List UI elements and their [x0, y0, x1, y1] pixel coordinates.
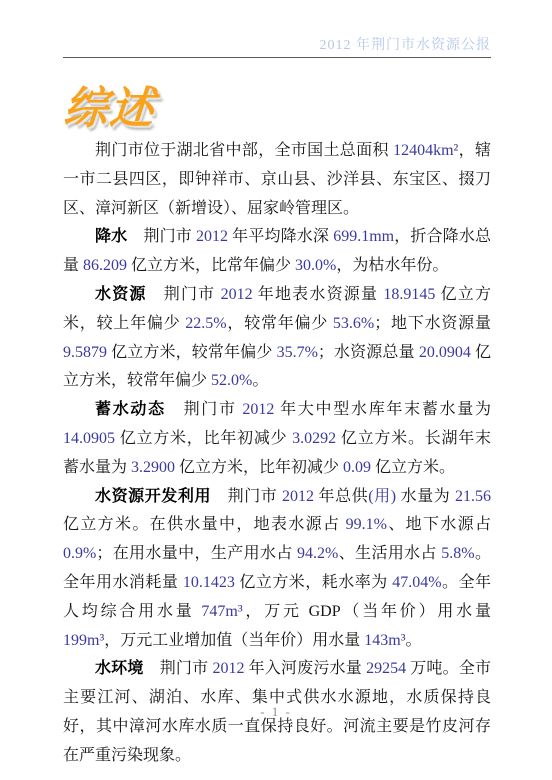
body-text: 荆门市 — [144, 660, 213, 677]
data-value: 2012 — [196, 228, 228, 245]
data-value: 12404km² — [393, 142, 458, 159]
body-text: 荆门市位于湖北省中部，全市国土总面积 — [95, 142, 393, 159]
document-body: 荆门市位于湖北省中部，全市国土总面积 12404km²，辖一市二县四区，即钟祥市… — [63, 137, 491, 771]
data-value: 14.0905 — [63, 430, 115, 447]
data-value: 18.9145 — [383, 286, 435, 303]
header-title: 2012 年荆门市水资源公报 — [320, 38, 492, 53]
data-value: 47.04% — [392, 574, 441, 591]
data-value: 29254 — [366, 660, 406, 677]
body-text: 年地表水资源量 — [253, 286, 384, 303]
data-value: 22.5% — [185, 315, 226, 332]
body-text: 亿立方米，比常年偏少 — [127, 257, 295, 274]
data-value: 699.1mm — [333, 228, 394, 245]
body-text: 、生活用水占 — [338, 545, 441, 562]
body-text: 亿立方米。 — [371, 459, 455, 476]
data-value: 21.56 — [455, 488, 491, 505]
data-value: 94.2% — [297, 545, 338, 562]
paragraph-label: 水环境 — [95, 660, 144, 677]
body-text: 年平均降水深 — [228, 228, 333, 245]
data-value: 35.7% — [277, 344, 318, 361]
data-value: (用) — [368, 488, 396, 505]
data-value: 99.1% — [346, 516, 387, 533]
data-value: 30.0% — [295, 257, 336, 274]
data-value: 0.9% — [63, 545, 96, 562]
body-text: 年大中型水库年末蓄水量为 — [274, 401, 491, 418]
body-text: 亿立方米，较常年偏少 — [107, 344, 277, 361]
body-text: ；在用水量中，生产用水占 — [96, 545, 297, 562]
body-text: ；水资源总量 — [318, 344, 419, 361]
paragraph-label: 蓄水动态 — [95, 401, 166, 418]
paragraph-label: 降水 — [95, 228, 127, 245]
body-text: ，较常年偏少 — [227, 315, 333, 332]
paragraph: 荆门市位于湖北省中部，全市国土总面积 12404km²，辖一市二县四区，即钟祥市… — [63, 137, 491, 223]
body-text: 亿立方米，比年初减少 — [115, 430, 292, 447]
data-value: 5.8% — [441, 545, 474, 562]
body-text: ，万元工业增加值（当年价）用水量 — [104, 632, 364, 649]
page-header: 2012 年荆门市水资源公报 — [63, 34, 491, 58]
body-text: 亿立方米，比年初减少 — [175, 459, 343, 476]
data-value: 52.0% — [211, 372, 252, 389]
data-value: 2012 — [282, 488, 314, 505]
data-value: 199m³ — [63, 632, 104, 649]
data-value: 20.0904 — [419, 344, 471, 361]
body-text: 荆门市 — [127, 228, 196, 245]
body-text: 亿立方米，耗水率为 — [235, 574, 392, 591]
body-text: 水量为 — [396, 488, 455, 505]
data-value: 2012 — [242, 401, 274, 418]
body-text: 。 — [252, 372, 268, 389]
data-value: 0.09 — [343, 459, 371, 476]
body-text: 荆门市 — [147, 286, 221, 303]
data-value: 3.2900 — [131, 459, 175, 476]
data-value: 2012 — [221, 286, 253, 303]
data-value: 9.5879 — [63, 344, 107, 361]
body-text: 年总供 — [314, 488, 368, 505]
body-text: 荆门市 — [166, 401, 243, 418]
paragraph: 水资源 荆门市 2012 年地表水资源量 18.9145 亿立方米，较上年偏少 … — [63, 281, 491, 396]
body-text: ，万元 GDP（当年价）用水量 — [243, 603, 491, 620]
body-text: 、地下水源占 — [387, 516, 491, 533]
data-value: 2012 — [212, 660, 244, 677]
page-number: - 1 - — [260, 704, 292, 719]
document-page: 2012 年荆门市水资源公报 综述 荆门市位于湖北省中部，全市国土总面积 124… — [0, 0, 552, 780]
page-footer: - 1 - — [0, 703, 552, 721]
body-text: 。 — [406, 632, 422, 649]
paragraph: 降水 荆门市 2012 年平均降水深 699.1mm，折合降水总量 86.209… — [63, 223, 491, 281]
paragraph: 水资源开发利用 荆门市 2012 年总供(用) 水量为 21.56 亿立方米。在… — [63, 483, 491, 656]
body-text: 荆门市 — [211, 488, 282, 505]
body-text: 年入河废污水量 — [244, 660, 366, 677]
data-value: 143m³ — [364, 632, 405, 649]
section-title: 综述 — [62, 72, 158, 136]
data-value: 86.209 — [83, 257, 127, 274]
data-value: 10.1423 — [183, 574, 235, 591]
data-value: 53.6% — [333, 315, 374, 332]
data-value: 3.0292 — [292, 430, 336, 447]
body-text: 亿立方米。在供水量中，地表水源占 — [63, 516, 346, 533]
paragraph: 蓄水动态 荆门市 2012 年大中型水库年末蓄水量为 14.0905 亿立方米，… — [63, 396, 491, 482]
body-text: ，为枯水年份。 — [336, 257, 448, 274]
body-text: ；地下水资源量 — [374, 315, 491, 332]
data-value: 747m³ — [201, 603, 242, 620]
paragraph-label: 水资源 — [95, 286, 147, 303]
paragraph-label: 水资源开发利用 — [95, 488, 211, 505]
